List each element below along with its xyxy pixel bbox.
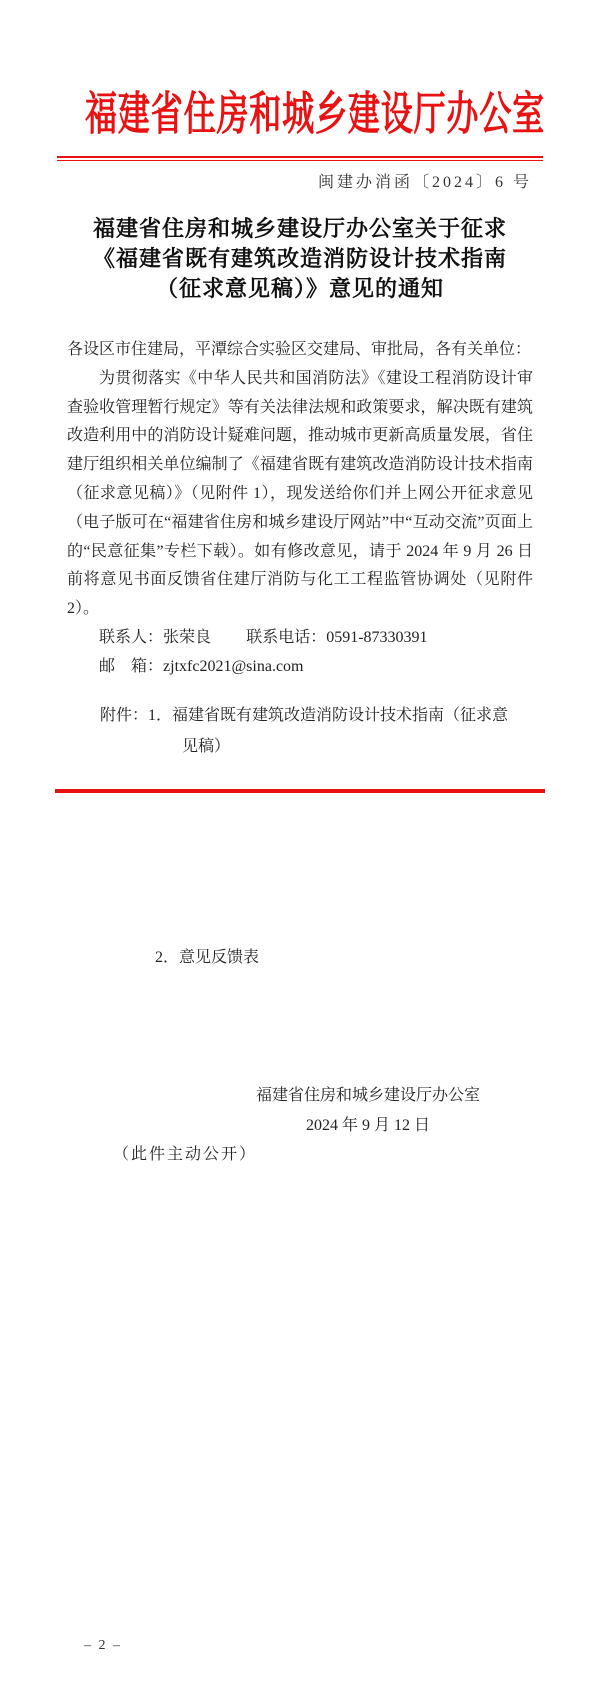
body-paragraph: 为贯彻落实《中华人民共和国消防法》《建设工程消防设计审查验收管理暂行规定》等有关…: [67, 365, 533, 624]
page-number: – 2 –: [84, 1638, 122, 1654]
contact-phone: 联系电话：0591-87330391: [246, 629, 427, 646]
signature-org: 福建省住房和城乡建设厅办公室: [256, 1081, 480, 1111]
doc-number: 闽建办消函〔2024〕6 号: [0, 169, 532, 192]
publicity-note: （此件主动公开）: [113, 1141, 257, 1164]
signature-inner: 福建省住房和城乡建设厅办公室 2024 年 9 月 12 日: [256, 1081, 533, 1141]
email-value: zjtxfc2021@sina.com: [163, 658, 303, 675]
letterhead-org-name: 福建省住房和城乡建设厅办公室: [85, 85, 545, 145]
attachment-item-2: 2．意见反馈表: [155, 944, 259, 967]
signature-date: 2024 年 9 月 12 日: [256, 1111, 480, 1141]
salutation: 各设区市住建局，平潭综合实验区交建局、审批局，各有关单位：: [67, 336, 533, 365]
document-page: 福建省住房和城乡建设厅办公室 闽建办消函〔2024〕6 号 福建省住房和城乡建设…: [0, 0, 600, 1696]
contact-person: 联系人：张荣良: [99, 629, 211, 646]
attachment-item-1-line-1: 附件：1．福建省既有建筑改造消防设计技术指南（征求意: [100, 700, 533, 731]
attachment-item-1-line-2: 见稿）: [182, 731, 533, 762]
email-label: 邮 箱：: [99, 658, 163, 675]
notice-title-line-1: 福建省住房和城乡建设厅办公室关于征求: [0, 214, 600, 244]
red-divider-line: [55, 789, 545, 793]
notice-title: 福建省住房和城乡建设厅办公室关于征求 《福建省既有建筑改造消防设计技术指南 （征…: [0, 214, 600, 304]
notice-body: 各设区市住建局，平潭综合实验区交建局、审批局，各有关单位： 为贯彻落实《中华人民…: [67, 336, 533, 682]
contact-line: 联系人：张荣良联系电话：0591-87330391: [67, 624, 533, 653]
notice-title-line-2: 《福建省既有建筑改造消防设计技术指南: [0, 244, 600, 274]
signature-block: 福建省住房和城乡建设厅办公室 2024 年 9 月 12 日: [67, 1081, 533, 1141]
attachment-list: 附件：1．福建省既有建筑改造消防设计技术指南（征求意 见稿）: [67, 700, 533, 762]
letterhead-divider-line: [57, 156, 543, 161]
letterhead: 福建省住房和城乡建设厅办公室: [0, 86, 600, 144]
notice-title-line-3: （征求意见稿）》意见的通知: [0, 274, 600, 304]
email-line: 邮 箱：zjtxfc2021@sina.com: [67, 653, 533, 682]
